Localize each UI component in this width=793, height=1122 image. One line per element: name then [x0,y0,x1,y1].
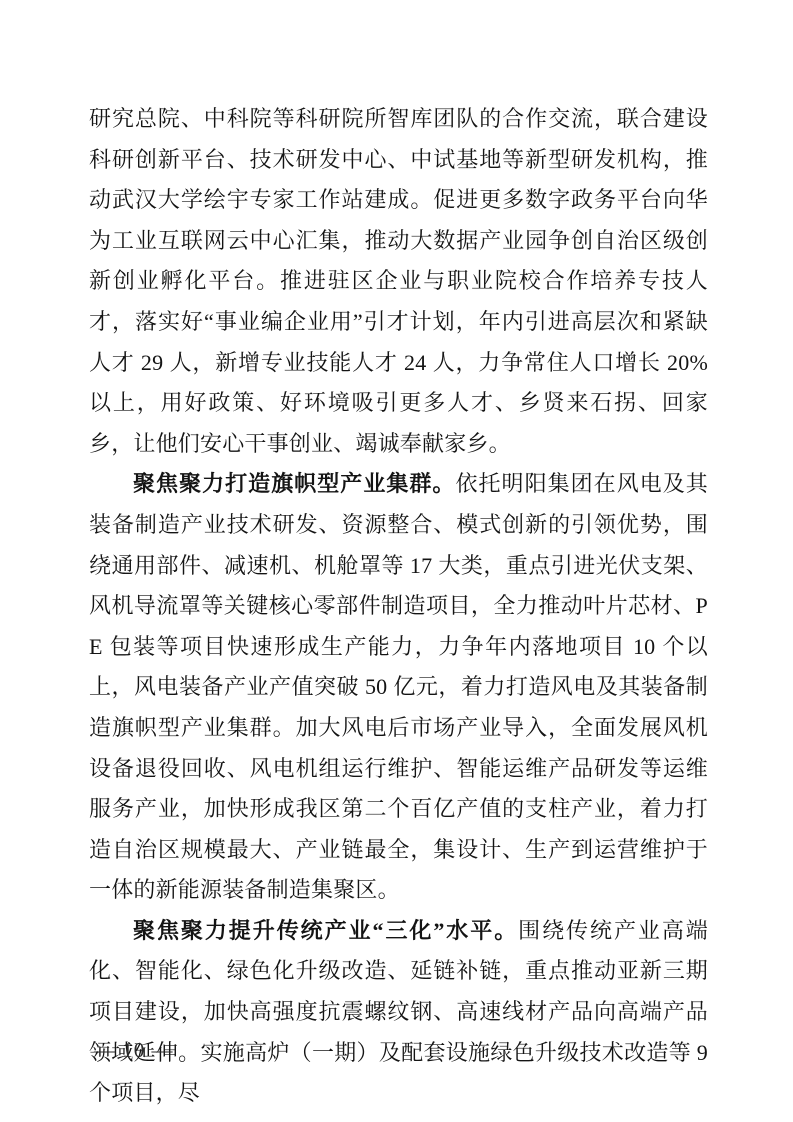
paragraph-continuation-text: 研究总院、中科院等科研院所智库团队的合作交流，联合建设科研创新平台、技术研发中心… [89,106,708,456]
paragraph-industry-cluster-heading: 聚焦聚力打造旗帜型产业集群。 [133,471,455,496]
document-page: 研究总院、中科院等科研院所智库团队的合作交流，联合建设科研创新平台、技术研发中心… [0,0,793,1122]
page-number: — 10 — [94,1038,174,1062]
paragraph-traditional-industry-heading: 聚焦聚力提升传统产业“三化”水平。 [133,918,518,943]
paragraph-continuation: 研究总院、中科院等科研院所智库团队的合作交流，联合建设科研创新平台、技术研发中心… [89,99,708,464]
paragraph-industry-cluster: 聚焦聚力打造旗帜型产业集群。依托明阳集团在风电及其装备制造产业技术研发、资源整合… [89,464,708,911]
paragraph-industry-cluster-text: 依托明阳集团在风电及其装备制造产业技术研发、资源整合、模式创新的引领优势，围绕通… [89,471,708,902]
document-body: 研究总院、中科院等科研院所智库团队的合作交流，联合建设科研创新平台、技术研发中心… [89,99,708,1114]
paragraph-traditional-industry: 聚焦聚力提升传统产业“三化”水平。围绕传统产业高端化、智能化、绿色化升级改造、延… [89,911,708,1114]
paragraph-traditional-industry-text: 围绕传统产业高端化、智能化、绿色化升级改造、延链补链，重点推动亚新三期项目建设，… [89,918,708,1105]
